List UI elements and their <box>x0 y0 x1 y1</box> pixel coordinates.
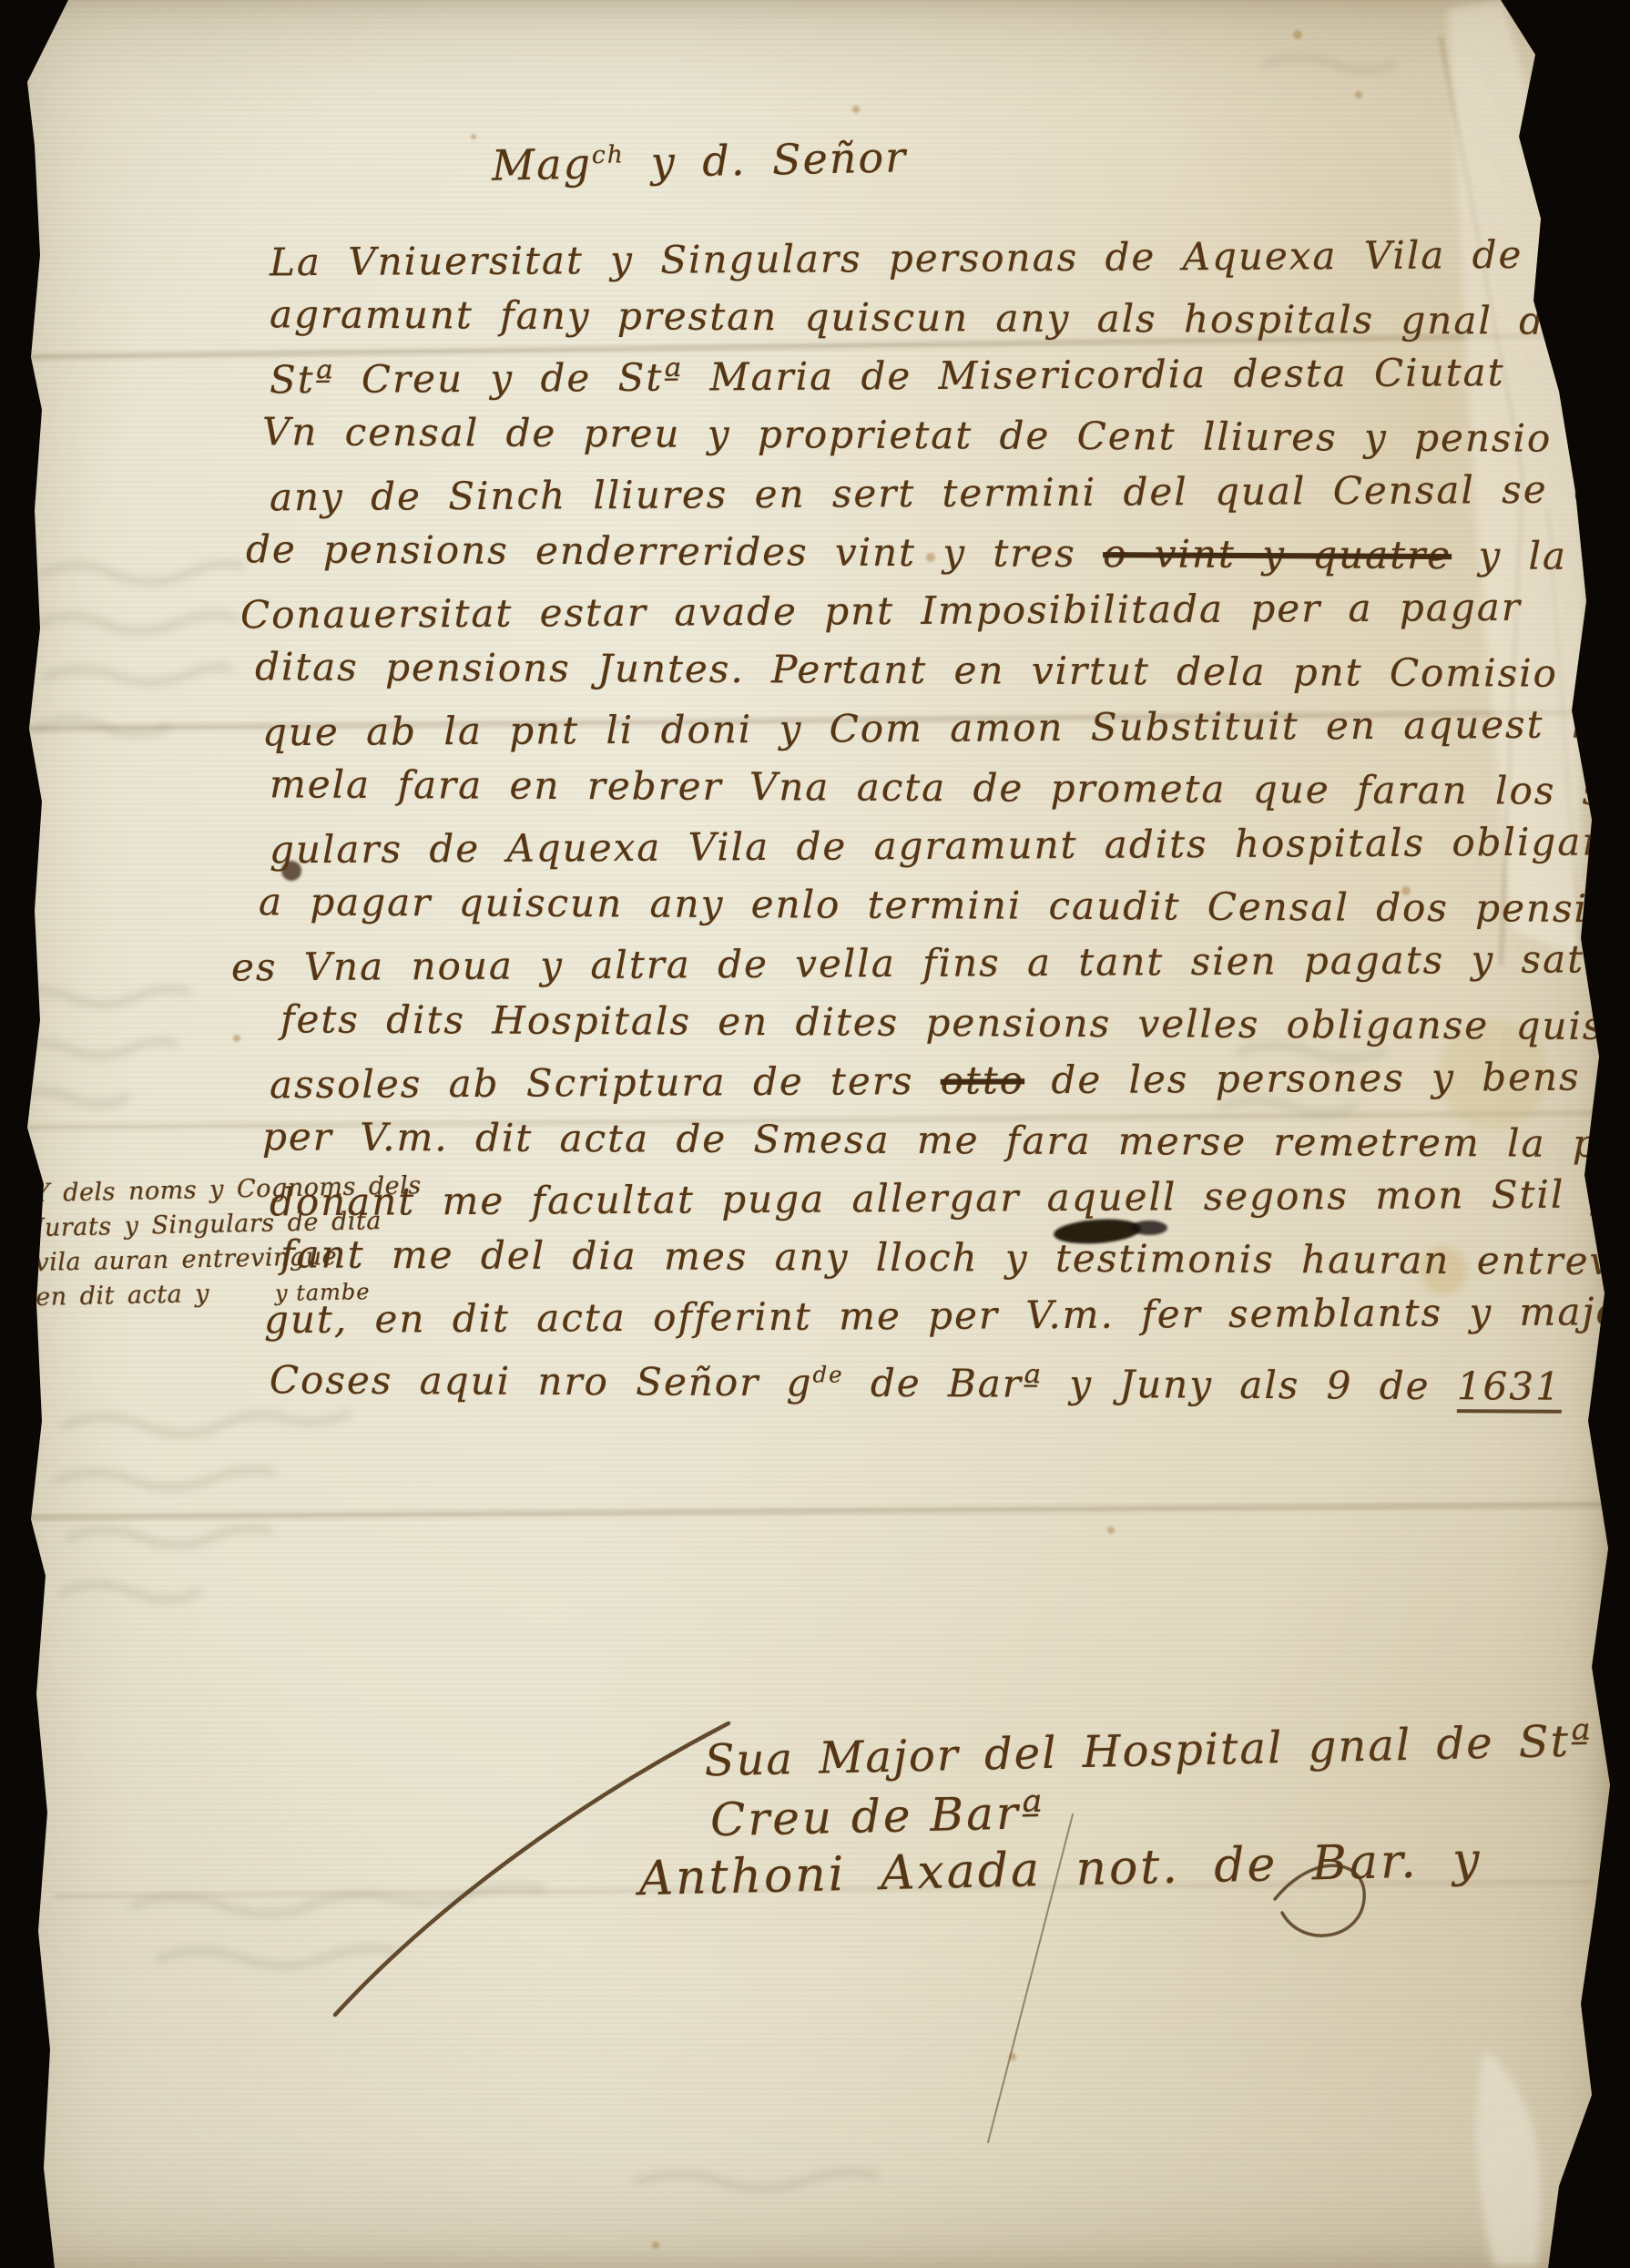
body-line: Conauersitat estar avade pnt Imposibilit… <box>240 578 1563 645</box>
margin-note-line: vila auran entrevingue <box>35 1239 382 1281</box>
margin-note-line: en dit acta y <box>36 1273 382 1315</box>
body-line: es Vna noua y altra de vella fins a tant… <box>231 931 1563 997</box>
body-line: mela fara en rebrer Vna acta de prometa … <box>270 755 1563 821</box>
salutation-text: Magch y d. Señor <box>491 132 907 190</box>
signature-line: Anthoni Axada not. de Bar. y <box>638 1832 1532 1906</box>
salutation-line: Magch y d. Señor <box>491 132 907 190</box>
body-line: Coses aqui nro Señor gde de Barª y Juny … <box>270 1343 1563 1416</box>
body-line: assoles ab Scriptura de ters otto de les… <box>270 1048 1563 1115</box>
body-line: donant me facultat puga allergar aquell … <box>270 1166 1563 1232</box>
body-line: per V.m. dit acta de Smesa me fara merse… <box>262 1108 1563 1173</box>
interline-insertion: y tambe <box>275 1279 371 1306</box>
body-line: gut, en dit acta offerint me per V.m. fe… <box>264 1283 1563 1350</box>
signature-block: Sua Major del Hospital gnal de StªCreu d… <box>636 1717 1532 1906</box>
verso-showthrough <box>5 57 1395 2189</box>
body-line: de pensions enderrerides vint y tres o v… <box>246 520 1563 586</box>
body-line: a pagar quiscun any enlo termini caudit … <box>259 873 1563 938</box>
signature-line: Creu de Barª <box>709 1775 1530 1846</box>
body-line: agramunt fany prestan quiscun any als ho… <box>270 285 1563 351</box>
body-line: La Vniuersitat y Singulars personas de A… <box>270 226 1563 292</box>
body-line: gulars de Aquexa Vila de agramunt adits … <box>270 813 1563 880</box>
torn-edge-highlight <box>1448 0 1584 2266</box>
letter-body: La Vniuersitat y Singulars personas de A… <box>270 230 1563 1413</box>
fold-crease-lines <box>24 36 1606 1896</box>
margin-note-line: Y dels noms y Cognoms dels <box>33 1170 380 1211</box>
body-line: Stª Creu y de Stª Maria de Misericordia … <box>270 343 1563 410</box>
paper-sheet: Magch y d. Señor La Vniuersitat y Singul… <box>0 0 1630 2268</box>
margin-note-line: Jurats y Singulars de dita <box>34 1204 381 1246</box>
foxing-spots <box>233 30 1411 2249</box>
body-line: fets dits Hospitals en dites pensions ve… <box>280 990 1563 1056</box>
margin-note: Y dels noms y Cognoms delsJurats y Singu… <box>33 1170 382 1315</box>
signature-flourish <box>335 1723 1364 2142</box>
ink-blots-and-stains <box>281 861 1548 1294</box>
signature-line: Sua Major del Hospital gnal de Stª <box>704 1717 1529 1787</box>
manuscript-scan: Magch y d. Señor La Vniuersitat y Singul… <box>0 0 1630 2268</box>
body-line: ditas pensions Juntes. Pertant en virtut… <box>255 638 1563 703</box>
body-line: que ab la pnt li doni y Com amon Substit… <box>262 696 1563 762</box>
body-line: Vn censal de preu y proprietat de Cent l… <box>262 403 1563 468</box>
body-line: fant me del dia mes any lloch y testimon… <box>280 1225 1563 1291</box>
paper-effects <box>0 0 1630 2268</box>
body-line: any de Sinch lliures en sert termini del… <box>270 461 1563 527</box>
